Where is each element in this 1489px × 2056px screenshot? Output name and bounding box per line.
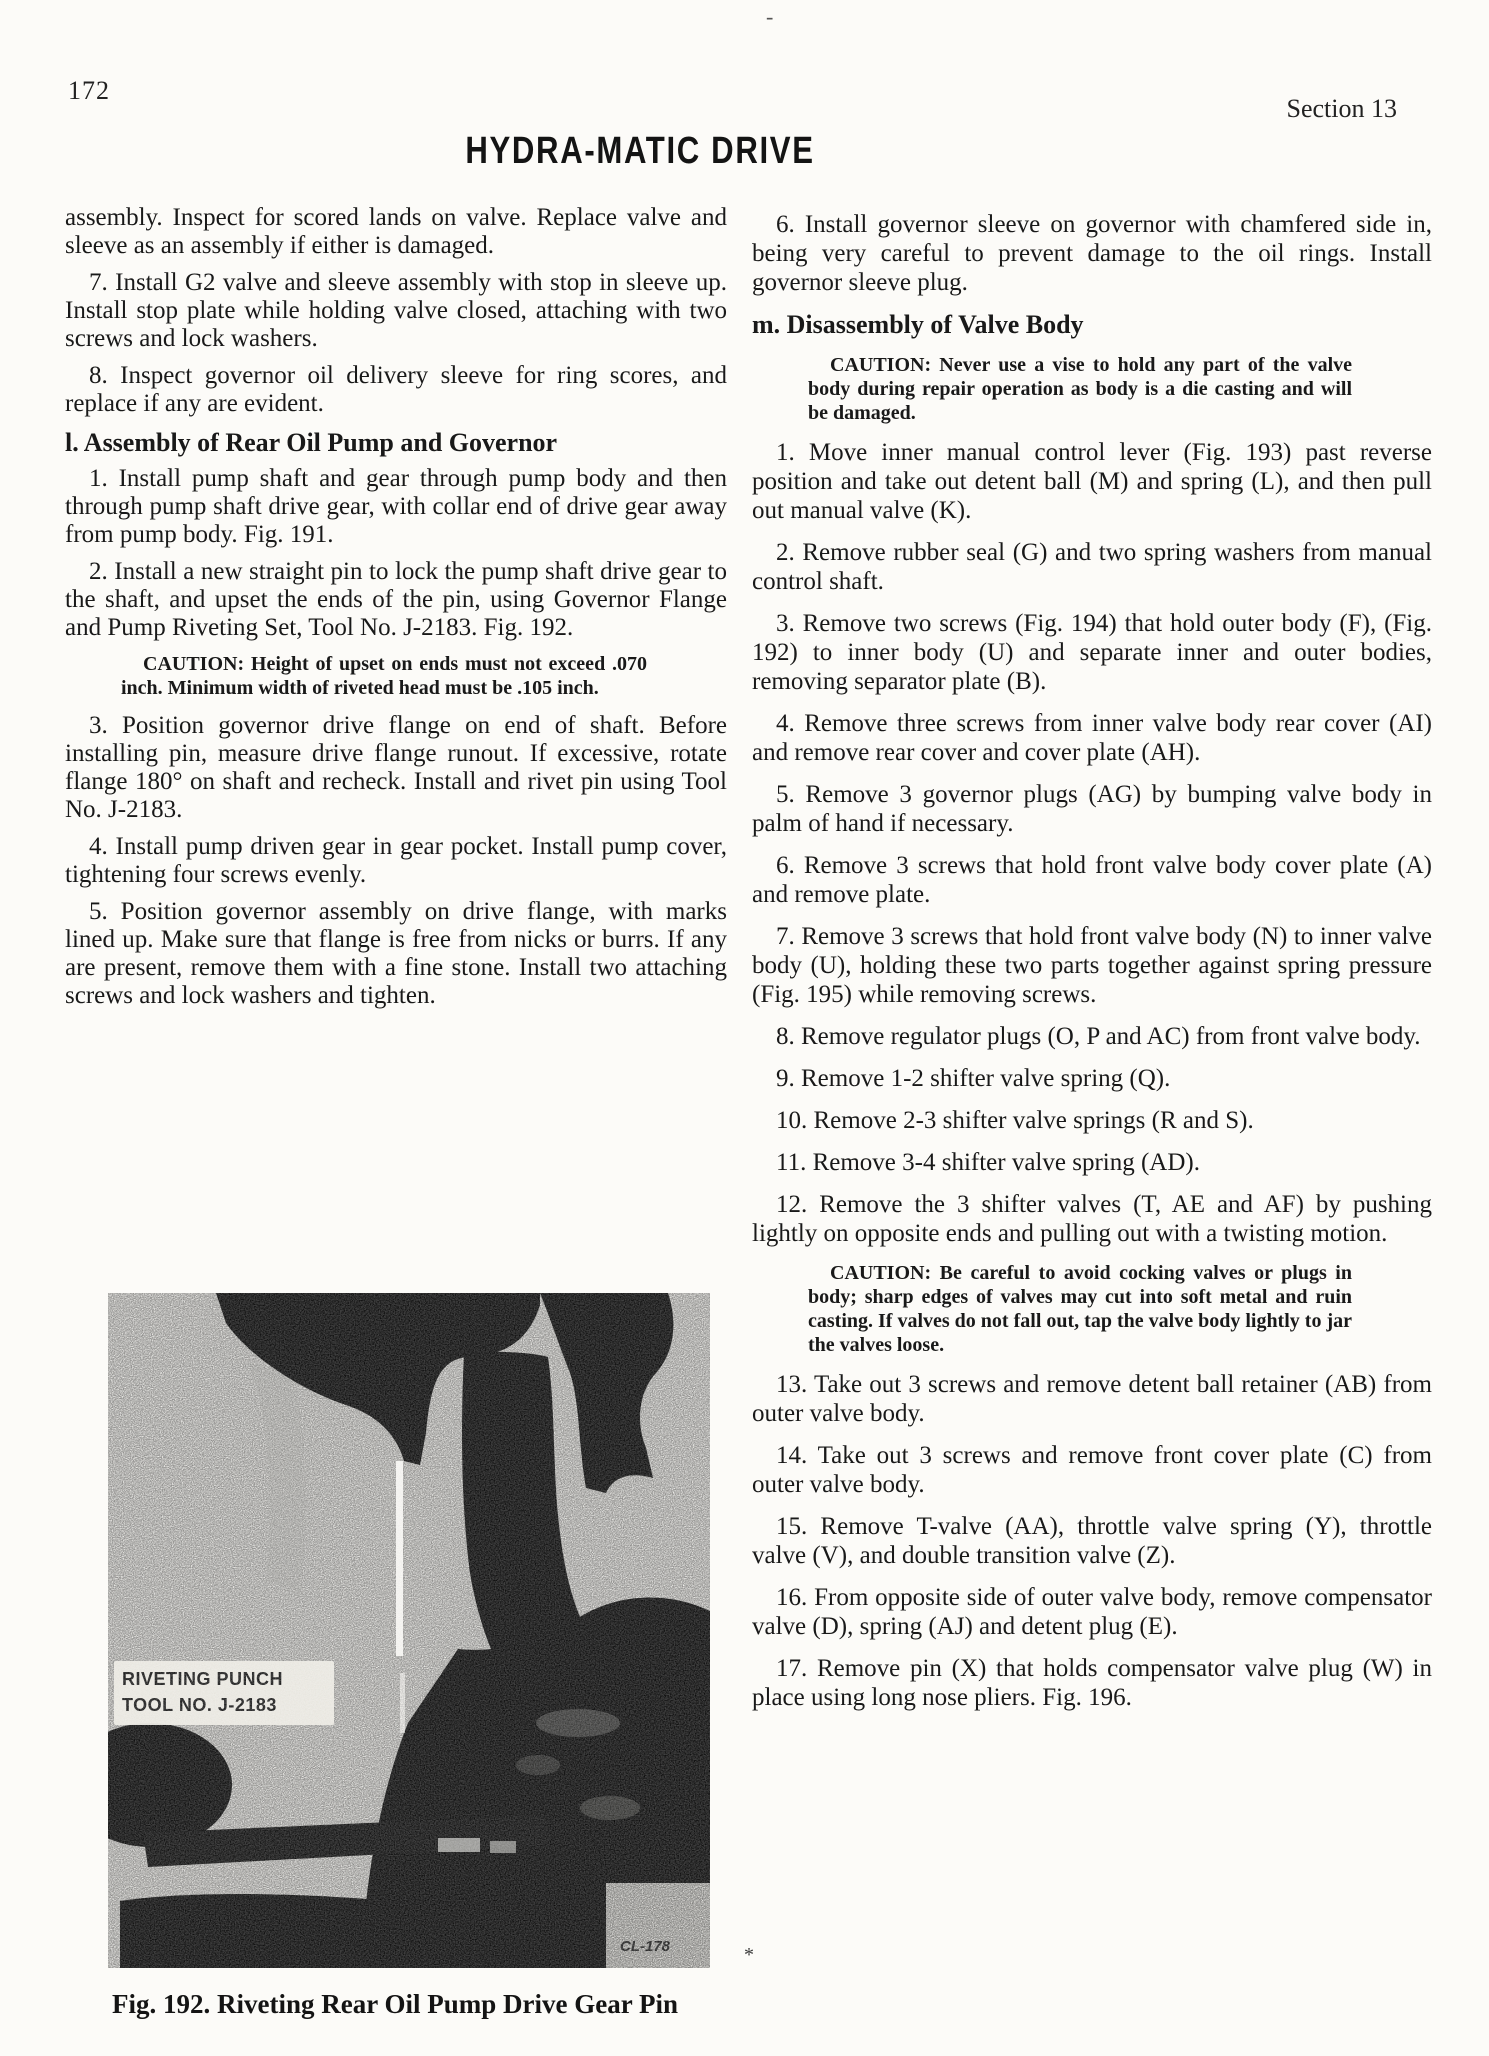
paragraph: 11. Remove 3-4 shifter valve spring (AD)… <box>752 1148 1432 1177</box>
manual-page: 172 - Section 13 HYDRA-MATIC DRIVE assem… <box>0 0 1489 2056</box>
paragraph: 9. Remove 1-2 shifter valve spring (Q). <box>752 1064 1432 1093</box>
section-heading: m. Disassembly of Valve Body <box>752 310 1432 340</box>
right-column: 6. Install governor sleeve on governor w… <box>752 210 1432 1725</box>
paragraph: assembly. Inspect for scored lands on va… <box>65 204 727 260</box>
paragraph: 16. From opposite side of outer valve bo… <box>752 1583 1432 1641</box>
page-number: 172 <box>68 76 110 106</box>
paragraph: 1. Move inner manual control lever (Fig.… <box>752 438 1432 525</box>
paragraph: 15. Remove T-valve (AA), throttle valve … <box>752 1512 1432 1570</box>
paragraph: 1. Install pump shaft and gear through p… <box>65 465 727 549</box>
paragraph: 3. Position governor drive flange on end… <box>65 712 727 824</box>
paragraph: 4. Install pump driven gear in gear pock… <box>65 833 727 889</box>
paragraph: 2. Remove rubber seal (G) and two spring… <box>752 538 1432 596</box>
figure-192-photo-svg: RIVETING PUNCH TOOL NO. J-2183 CL-178 <box>108 1293 710 1968</box>
paragraph: 10. Remove 2-3 shifter valve springs (R … <box>752 1106 1432 1135</box>
paragraph: 14. Take out 3 screws and remove front c… <box>752 1441 1432 1499</box>
paragraph: 12. Remove the 3 shifter valves (T, AE a… <box>752 1190 1432 1248</box>
paragraph: 4. Remove three screws from inner valve … <box>752 709 1432 767</box>
paragraph: 7. Install G2 valve and sleeve assembly … <box>65 269 727 353</box>
left-column: assembly. Inspect for scored lands on va… <box>65 204 727 1019</box>
paragraph: 6. Remove 3 screws that hold front valve… <box>752 851 1432 909</box>
page-title: HYDRA-MATIC DRIVE <box>0 130 1280 173</box>
paragraph: 13. Take out 3 screws and remove detent … <box>752 1370 1432 1428</box>
paragraph: 6. Install governor sleeve on governor w… <box>752 210 1432 297</box>
figure-caption: Fig. 192. Riveting Rear Oil Pump Drive G… <box>95 1988 695 2021</box>
section-label: Section 13 <box>1287 94 1398 124</box>
paragraph: 3. Remove two screws (Fig. 194) that hol… <box>752 609 1432 696</box>
paragraph: 17. Remove pin (X) that holds compensato… <box>752 1654 1432 1712</box>
paragraph: 8. Inspect governor oil delivery sleeve … <box>65 362 727 418</box>
scan-artifact-dash: - <box>766 4 773 30</box>
paragraph: 2. Install a new straight pin to lock th… <box>65 558 727 642</box>
paragraph: 5. Position governor assembly on drive f… <box>65 898 727 1010</box>
caution-block: CAUTION: Be careful to avoid cocking val… <box>808 1261 1352 1357</box>
paragraph: 7. Remove 3 screws that hold front valve… <box>752 922 1432 1009</box>
section-heading: l. Assembly of Rear Oil Pump and Governo… <box>65 428 727 458</box>
scan-artifact-mark: * <box>744 1944 754 1967</box>
paragraph: 8. Remove regulator plugs (O, P and AC) … <box>752 1022 1432 1051</box>
figure-192-photo: RIVETING PUNCH TOOL NO. J-2183 CL-178 <box>108 1293 710 1968</box>
caution-block: CAUTION: Never use a vise to hold any pa… <box>808 353 1352 425</box>
photo-white-grain <box>108 1293 710 1968</box>
caution-block: CAUTION: Height of upset on ends must no… <box>121 652 647 700</box>
paragraph: 5. Remove 3 governor plugs (AG) by bumpi… <box>752 780 1432 838</box>
